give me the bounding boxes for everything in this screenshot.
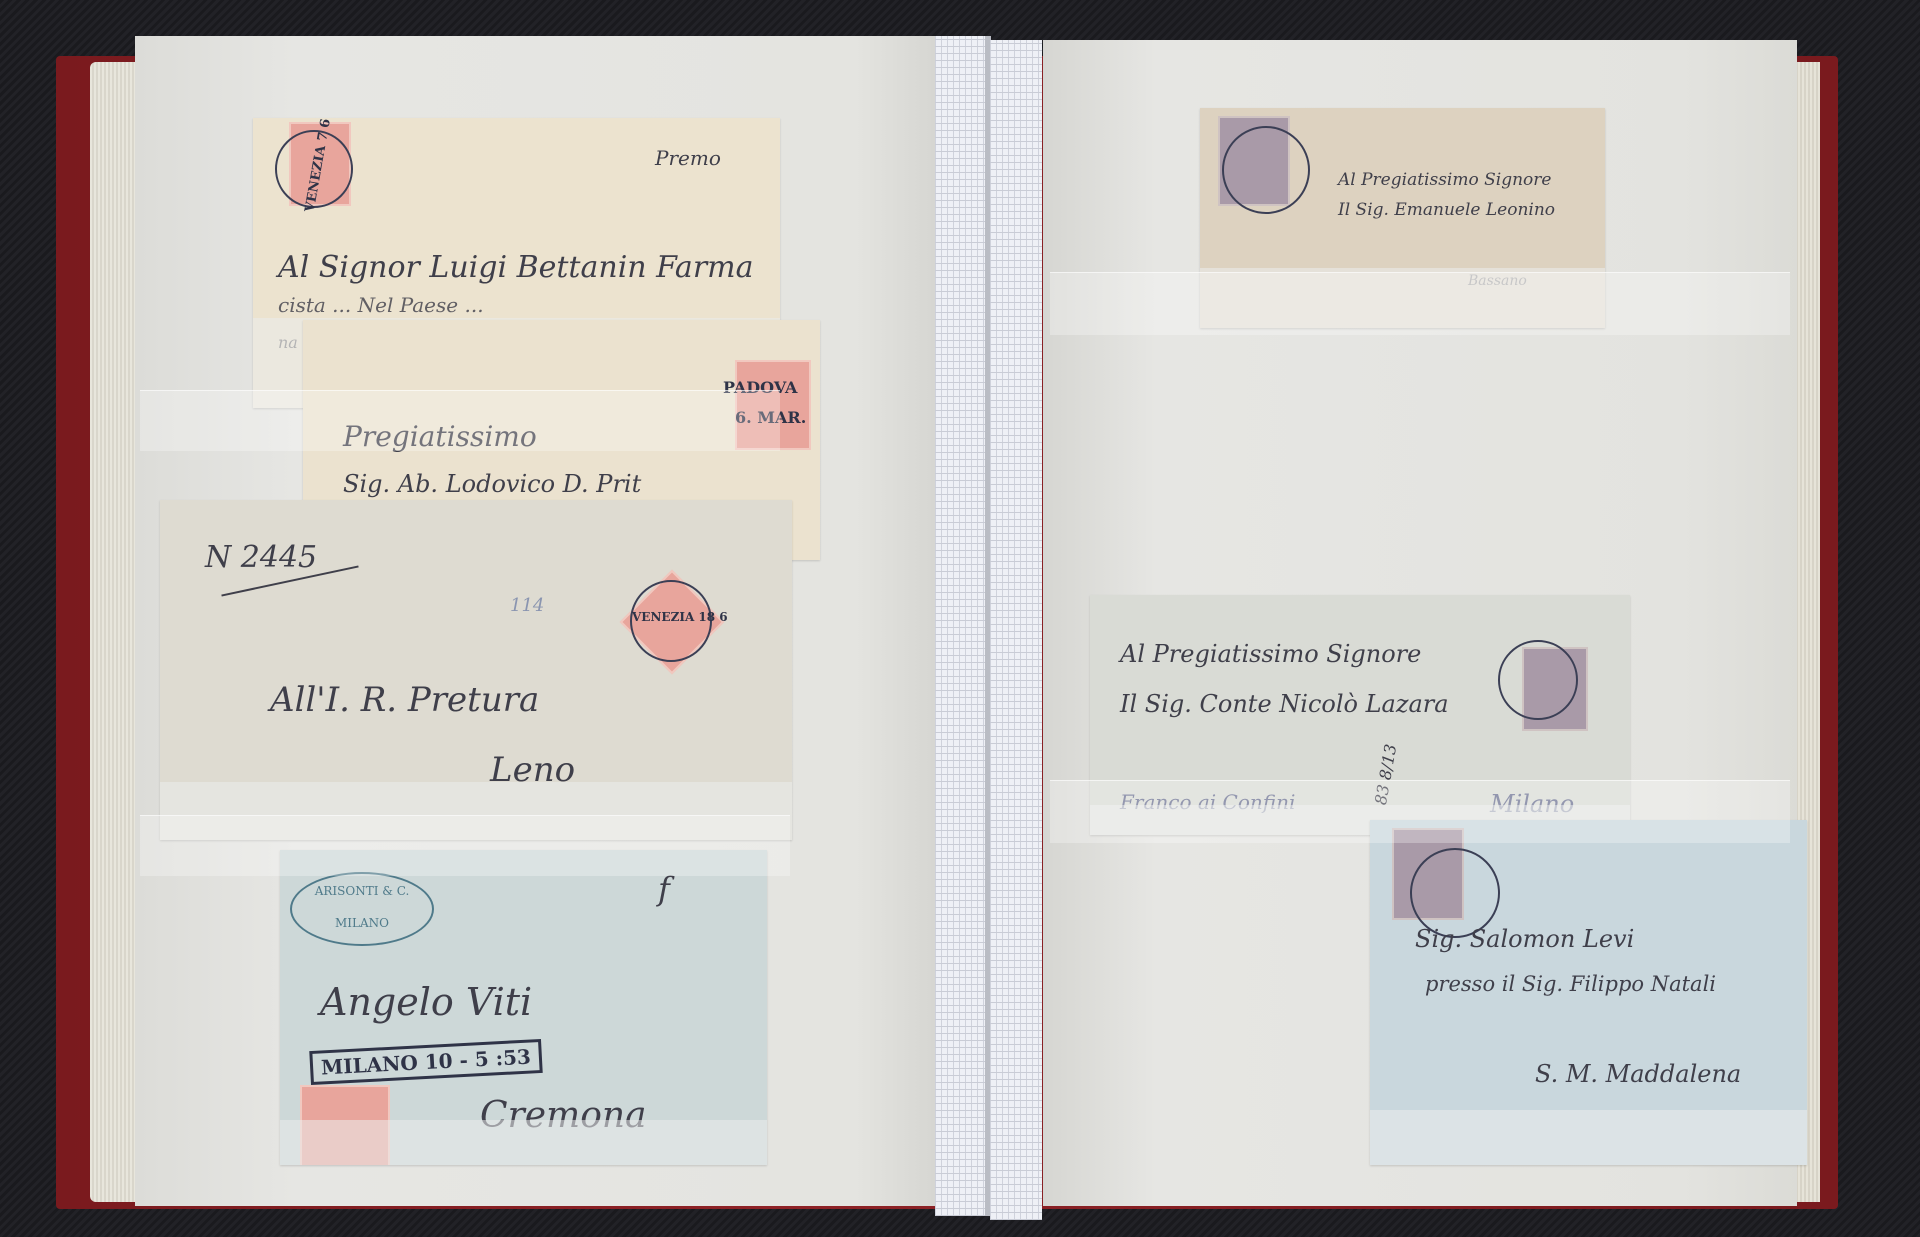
postmark-circle (1498, 640, 1578, 720)
rectangular-postmark: MILANO 10 - 5 :53 (309, 1039, 542, 1085)
address-line: Al Signor Luigi Bettanin Farma (278, 250, 754, 285)
pencil-note: 114 (510, 595, 544, 616)
address-line: presso il Sig. Filippo Natali (1425, 972, 1716, 996)
postmark-circle (1222, 126, 1310, 214)
cover-milano-cremona[interactable]: ARISONTI & C. MILANO f Angelo Viti MILAN… (280, 850, 767, 1165)
address-line: Sig. Ab. Lodovico D. Prit (343, 470, 641, 498)
address-line: Angelo Viti (320, 980, 532, 1024)
glassine-strip (140, 815, 790, 876)
corner-note: Premo (655, 146, 721, 170)
address-line: Al Pregiatissimo Signore (1120, 640, 1421, 668)
page-hinge-left (935, 36, 987, 1216)
glassine-strip (1050, 780, 1790, 843)
cover-venezia-leno[interactable]: N 2445 114 VENEZIA 18 6 All'I. R. Pretur… (160, 500, 792, 840)
cachet-line: MILANO (292, 916, 432, 930)
glassine-strip (1050, 272, 1790, 335)
address-line: Il Sig. Emanuele Leonino (1338, 200, 1555, 220)
glassine-strip (140, 390, 780, 451)
cover-maddalena[interactable]: Sig. Salomon Levi presso il Sig. Filippo… (1370, 820, 1807, 1165)
address-line: Il Sig. Conte Nicolò Lazara (1120, 690, 1449, 718)
address-line: All'I. R. Pretura (270, 680, 539, 720)
address-line: Al Pregiatissimo Signore (1338, 170, 1551, 190)
address-line: cista ... Nel Paese ... (278, 293, 484, 317)
address-line: S. M. Maddalena (1535, 1060, 1741, 1088)
page-hinge-right (990, 40, 1042, 1220)
sender-oval-cachet: ARISONTI & C. MILANO (290, 872, 434, 946)
reference-number: N 2445 (205, 540, 317, 575)
cachet-line: ARISONTI & C. (292, 884, 432, 898)
postmark-text: VENEZIA 18 6 (632, 610, 728, 624)
address-line: Sig. Salomon Levi (1415, 925, 1634, 953)
